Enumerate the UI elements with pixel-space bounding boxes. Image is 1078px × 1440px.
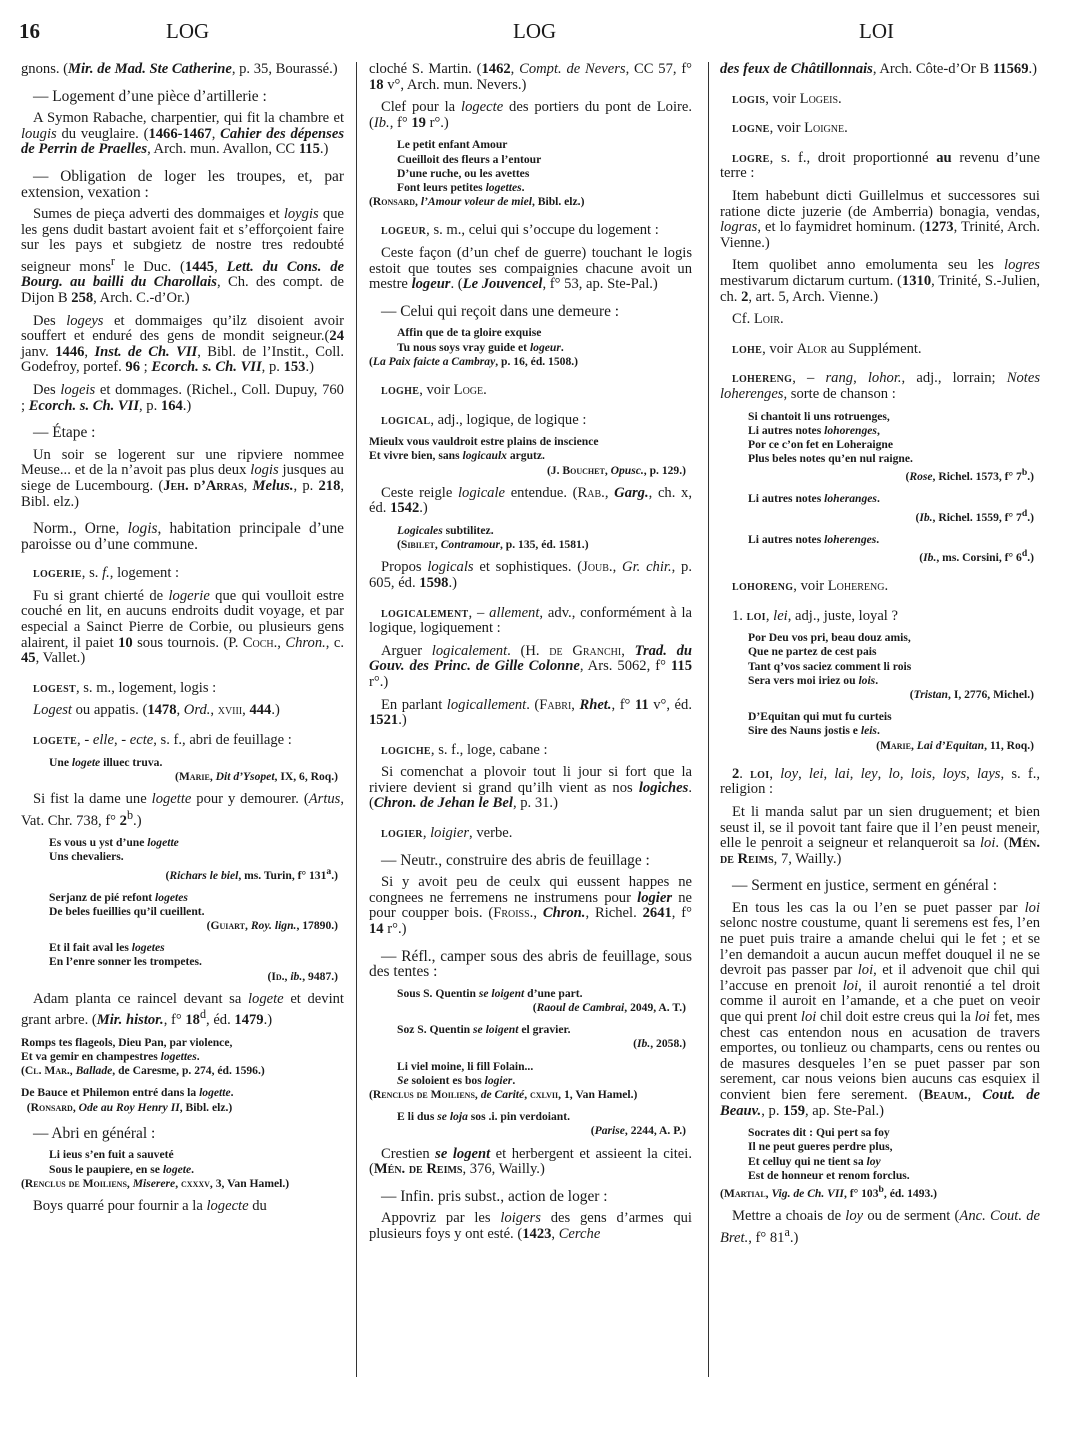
example-paragraph: Un soir se logerent sur une ripviere nom… bbox=[21, 448, 344, 510]
example-paragraph: Des logeis et dommages. (Richel., Coll. … bbox=[21, 383, 344, 414]
example-paragraph: Item quolibet anno emolumenta seu les lo… bbox=[720, 258, 1040, 305]
verse-line: Socrates dit : Qui pert sa foy bbox=[720, 1126, 1040, 1140]
sense-definition: — Étape : bbox=[21, 425, 344, 441]
example-paragraph: Fu si grant chierté de logerie que qui v… bbox=[21, 589, 344, 667]
column-divider bbox=[708, 62, 709, 1377]
citation: (Parise, 2244, A. P.) bbox=[369, 1124, 692, 1138]
example-paragraph: Cf. Loir. bbox=[720, 312, 1040, 328]
verse-line: Est de honneur et renom forclus. bbox=[720, 1169, 1040, 1183]
column-left: gnons. (Mir. de Mad. Ste Catherine, p. 3… bbox=[21, 62, 344, 1222]
verse-quotation: Et il fait aval les logetesEn l’enre son… bbox=[21, 941, 344, 984]
citation: (Ronsard, l’Amour voleur de miel, Bibl. … bbox=[369, 195, 692, 209]
verse-line: Il ne peut gueres perdre plus, bbox=[720, 1140, 1040, 1154]
verse-quotation: Sous S. Quentin se loigent d’une part.(R… bbox=[369, 987, 692, 1015]
verse-line: Sous S. Quentin se loigent d’une part. bbox=[369, 987, 692, 1001]
dictionary-entry-headword: 2. loi, loy, lei, lai, ley, lo, lois, lo… bbox=[720, 767, 1040, 798]
running-head-right: LOI bbox=[859, 18, 894, 44]
verse-line: D’une ruche, ou les avettes bbox=[369, 167, 692, 181]
example-paragraph: Si comenchat a plovoir tout li jour si f… bbox=[369, 765, 692, 812]
example-paragraph: Arguer logicalement. (H. de Granchi, Tra… bbox=[369, 644, 692, 691]
verse-line: En l’enre sonner les trompetes. bbox=[21, 955, 344, 969]
citation: (Cl. Mar., Ballade, de Caresme, p. 274, … bbox=[21, 1064, 344, 1078]
dictionary-entry-headword: logical, adj., logique, de logique : bbox=[369, 413, 692, 429]
citation: (La Paix faicte a Cambray, p. 16, éd. 15… bbox=[369, 355, 692, 369]
verse-quotation: De Bauce et Philemon entré dans la loget… bbox=[21, 1086, 344, 1114]
example-paragraph: Appovriz par les loigers des gens d’arme… bbox=[369, 1211, 692, 1242]
verse-line: Le petit enfant Amour bbox=[369, 138, 692, 152]
example-paragraph: Mettre a choais de loy ou de serment (An… bbox=[720, 1209, 1040, 1246]
verse-quotation: D’Equitan qui mut fu curteisSire des Nau… bbox=[720, 710, 1040, 753]
verse-line: D’Equitan qui mut fu curteis bbox=[720, 710, 1040, 724]
citation: (Raoul de Cambrai, 2049, A. T.) bbox=[369, 1001, 692, 1015]
continued-paragraph: cloché S. Martin. (1462, Compt. de Never… bbox=[369, 62, 692, 93]
verse-line: Uns chevaliers. bbox=[21, 850, 344, 864]
verse-quotation: Mieulx vous vauldroit estre plains de in… bbox=[369, 435, 692, 478]
verse-line: Li ieus s’en fuit a sauveté bbox=[21, 1148, 344, 1162]
dictionary-entry-headword: 1. loi, lei, adj., juste, loyal ? bbox=[720, 609, 1040, 625]
dictionary-entry-headword: logiche, s. f., loge, cabane : bbox=[369, 743, 692, 759]
verse-quotation: Le petit enfant AmourCueilloit des fleur… bbox=[369, 138, 692, 209]
dictionary-entry-headword: logicalement, – allement, adv., conformé… bbox=[369, 606, 692, 637]
citation: (Renclus de Moiliens, de Carité, cxlvii,… bbox=[369, 1088, 692, 1102]
example-paragraph: Boys quarré pour fournir a la logecte du bbox=[21, 1199, 344, 1215]
dictionary-entry-headword: logne, voir Loigne. bbox=[720, 121, 1040, 137]
verse-line: Tu nous soys vray guide et logeur. bbox=[369, 341, 692, 355]
citation: (Guiart, Roy. lign., 17890.) bbox=[21, 919, 344, 933]
example-paragraph: Sumes de pieça adverti des dommaiges et … bbox=[21, 207, 344, 306]
verse-line: Affin que de ta gloire exquise bbox=[369, 326, 692, 340]
page-number: 16 bbox=[19, 18, 40, 44]
example-paragraph: Item habebunt dicti Guillelmus et succes… bbox=[720, 189, 1040, 251]
dictionary-entry-headword: logerie, s. f., logement : bbox=[21, 566, 344, 582]
column-divider bbox=[356, 62, 357, 1377]
verse-quotation: Li ieus s’en fuit a sauvetéSous le paupi… bbox=[21, 1148, 344, 1191]
verse-quotation: Por Deu vos pri, beau douz amis,Que ne p… bbox=[720, 631, 1040, 702]
dictionary-entry-headword: loghe, voir Loge. bbox=[369, 383, 692, 399]
sense-definition: — Neutr., construire des abris de feuill… bbox=[369, 853, 692, 869]
verse-line: E li dus se loja sos .i. pin verdoiant. bbox=[369, 1110, 692, 1124]
verse-line: Cueilloit des fleurs a l’entour bbox=[369, 153, 692, 167]
example-paragraph: Clef pour la logecte des portiers du pon… bbox=[369, 100, 692, 131]
verse-line: Li autres notes lohorenges, bbox=[720, 424, 1040, 438]
verse-line: Se soloient es bos logier. bbox=[369, 1074, 692, 1088]
example-paragraph: En tous les cas la ou l’en se puet passe… bbox=[720, 901, 1040, 1119]
column-right: des feux de Châtillonnais, Arch. Côte-d’… bbox=[720, 62, 1040, 1253]
verse-line: Et vivre bien, sans logicaulx argutz. bbox=[369, 449, 692, 463]
dictionary-entry-headword: logest, s. m., logement, logis : bbox=[21, 681, 344, 697]
citation: (Tristan, I, 2776, Michel.) bbox=[720, 688, 1040, 702]
dictionary-entry-headword: lohereng, – rang, lohor., adj., lorrain;… bbox=[720, 371, 1040, 402]
verse-quotation: Affin que de ta gloire exquiseTu nous so… bbox=[369, 326, 692, 369]
example-paragraph: En parlant logicallement. (Fabri, Rhet.,… bbox=[369, 698, 692, 729]
verse-line: Por ce c’on fet en Loheraigne bbox=[720, 438, 1040, 452]
citation: (J. Bouchet, Opusc., p. 129.) bbox=[369, 464, 692, 478]
running-header: 16 LOG LOG LOI bbox=[0, 18, 1078, 48]
dictionary-entry-headword: lohe, voir Alor au Supplément. bbox=[720, 342, 1040, 358]
verse-quotation: Une logete illuec truva.(Marie, Dit d’Ys… bbox=[21, 756, 344, 784]
verse-line: Et va gemir en champestres logettes. bbox=[21, 1050, 344, 1064]
verse-quotation: Socrates dit : Qui pert sa foyIl ne peut… bbox=[720, 1126, 1040, 1201]
sense-definition: Norm., Orne, logis, habitation principal… bbox=[21, 521, 344, 552]
running-head-middle: LOG bbox=[513, 18, 556, 44]
dictionary-entry-headword: logis, voir Logeis. bbox=[720, 92, 1040, 108]
dictionary-entry-headword: logre, s. f., droit proportionné au reve… bbox=[720, 151, 1040, 182]
sense-definition: — Réfl., camper sous des abris de feuill… bbox=[369, 949, 692, 980]
verse-line: Sire des Nauns jostis e leis. bbox=[720, 724, 1040, 738]
verse-quotation: Li autres notes loheranges.(Ib., Richel.… bbox=[720, 492, 1040, 524]
citation: (Martial, Vig. de Ch. VII, f° 103b, éd. … bbox=[720, 1183, 1040, 1201]
example-paragraph: Ceste reigle logicale entendue. (Rab., G… bbox=[369, 486, 692, 517]
sense-definition: — Infin. pris subst., action de loger : bbox=[369, 1189, 692, 1205]
verse-quotation: Logicales subtilitez.(Sibilet, Contramou… bbox=[369, 524, 692, 552]
dictionary-entry-headword: logier, loigier, verbe. bbox=[369, 826, 692, 842]
citation: (Richars le biel, ms. Turin, f° 131a.) bbox=[21, 865, 344, 883]
verse-line: Font leurs petites logettes. bbox=[369, 181, 692, 195]
verse-line: Sera vers moi iriez ou lois. bbox=[720, 674, 1040, 688]
verse-line: Li autres notes loheranges. bbox=[720, 492, 1040, 506]
verse-line: Et il fait aval les logetes bbox=[21, 941, 344, 955]
dictionary-entry-headword: logete, - elle, - ecte, s. f., abri de f… bbox=[21, 733, 344, 749]
dictionary-entry-headword: lohoreng, voir Lohereng. bbox=[720, 579, 1040, 595]
verse-line: Li viel moine, li fill Folain... bbox=[369, 1060, 692, 1074]
continued-paragraph: des feux de Châtillonnais, Arch. Côte-d’… bbox=[720, 62, 1040, 78]
example-paragraph: A Symon Rabache, charpentier, qui fit la… bbox=[21, 111, 344, 158]
citation: (Sibilet, Contramour, p. 135, éd. 1581.) bbox=[369, 538, 692, 552]
verse-line: Que ne partez de cest pais bbox=[720, 645, 1040, 659]
verse-line: Soz S. Quentin se loigent el gravier. bbox=[369, 1023, 692, 1037]
verse-line: Si chantoit li uns rotruenges, bbox=[720, 410, 1040, 424]
citation: (Ib., ms. Corsini, f° 6d.) bbox=[720, 547, 1040, 565]
example-paragraph: Si fist la dame une logette pour y demou… bbox=[21, 792, 344, 829]
verse-line: Li autres notes loherenges. bbox=[720, 533, 1040, 547]
citation: (Ronsard, Ode au Roy Henry II, Bibl. elz… bbox=[21, 1101, 344, 1115]
example-paragraph: Logest ou appatis. (1478, Ord., xviii, 4… bbox=[21, 703, 344, 719]
citation: (Rose, Richel. 1573, f° 7b.) bbox=[720, 466, 1040, 484]
citation: (Marie, Lai d’Equitan, 11, Roq.) bbox=[720, 739, 1040, 753]
verse-line: Sous le paupiere, en se logete. bbox=[21, 1163, 344, 1177]
example-paragraph: Ceste façon (d’un chef de guerre) toucha… bbox=[369, 246, 692, 293]
verse-quotation: Si chantoit li uns rotruenges,Li autres … bbox=[720, 410, 1040, 485]
verse-line: Plus beles notes qu’en nul raigne. bbox=[720, 452, 1040, 466]
running-head-left: LOG bbox=[166, 18, 209, 44]
example-paragraph: Crestien se logent et herbergent et assi… bbox=[369, 1147, 692, 1178]
citation: (Marie, Dit d’Ysopet, IX, 6, Roq.) bbox=[21, 770, 344, 784]
verse-quotation: E li dus se loja sos .i. pin verdoiant.(… bbox=[369, 1110, 692, 1138]
verse-line: De Bauce et Philemon entré dans la loget… bbox=[21, 1086, 344, 1100]
verse-line: Es vous u yst d’une logette bbox=[21, 836, 344, 850]
sense-definition: — Obligation de loger les troupes, et, p… bbox=[21, 169, 344, 200]
example-paragraph: Des logeys et dommaiges qu’ilz disoient … bbox=[21, 314, 344, 376]
verse-line: Serjanz de pié refont logetes bbox=[21, 891, 344, 905]
verse-line: Romps tes flageols, Dieu Pan, par violen… bbox=[21, 1036, 344, 1050]
verse-line: Et celluy qui ne tient sa loy bbox=[720, 1155, 1040, 1169]
verse-line: Tant q’vos saciez comment li rois bbox=[720, 660, 1040, 674]
citation: (Id., ib., 9487.) bbox=[21, 970, 344, 984]
example-paragraph: Si y avoit peu de ceulx qui eussent happ… bbox=[369, 875, 692, 937]
sense-definition: — Abri en général : bbox=[21, 1126, 344, 1142]
verse-line: Mieulx vous vauldroit estre plains de in… bbox=[369, 435, 692, 449]
verse-line: Logicales subtilitez. bbox=[369, 524, 692, 538]
verse-line: De beles fueillies qu’il cueillent. bbox=[21, 905, 344, 919]
citation: (Ib., Richel. 1559, f° 7d.) bbox=[720, 507, 1040, 525]
verse-quotation: Li autres notes loherenges.(Ib., ms. Cor… bbox=[720, 533, 1040, 565]
verse-line: Une logete illuec truva. bbox=[21, 756, 344, 770]
verse-quotation: Es vous u yst d’une logetteUns chevalier… bbox=[21, 836, 344, 882]
continued-paragraph: gnons. (Mir. de Mad. Ste Catherine, p. 3… bbox=[21, 62, 344, 78]
verse-quotation: Serjanz de pié refont logetesDe beles fu… bbox=[21, 891, 344, 934]
verse-quotation: Soz S. Quentin se loigent el gravier.(Ib… bbox=[369, 1023, 692, 1051]
sense-definition: — Serment en justice, serment en général… bbox=[720, 878, 1040, 894]
example-paragraph: Et li manda salut par un sien druguement… bbox=[720, 805, 1040, 867]
dictionary-entry-headword: logeur, s. m., celui qui s’occupe du log… bbox=[369, 223, 692, 239]
citation: (Ib., 2058.) bbox=[369, 1037, 692, 1051]
sense-definition: — Celui qui reçoit dans une demeure : bbox=[369, 304, 692, 320]
verse-quotation: Romps tes flageols, Dieu Pan, par violen… bbox=[21, 1036, 344, 1079]
verse-line: Por Deu vos pri, beau douz amis, bbox=[720, 631, 1040, 645]
example-paragraph: Propos logicals et sophistiques. (Joub.,… bbox=[369, 560, 692, 591]
verse-quotation: Li viel moine, li fill Folain...Se soloi… bbox=[369, 1060, 692, 1103]
citation: (Renclus de Moiliens, Miserere, cxxxv, 3… bbox=[21, 1177, 344, 1191]
column-middle: cloché S. Martin. (1462, Compt. de Never… bbox=[369, 62, 692, 1250]
sense-definition: — Logement d’une pièce d’artillerie : bbox=[21, 89, 344, 105]
example-paragraph: Adam planta ce raincel devant sa logete … bbox=[21, 992, 344, 1029]
